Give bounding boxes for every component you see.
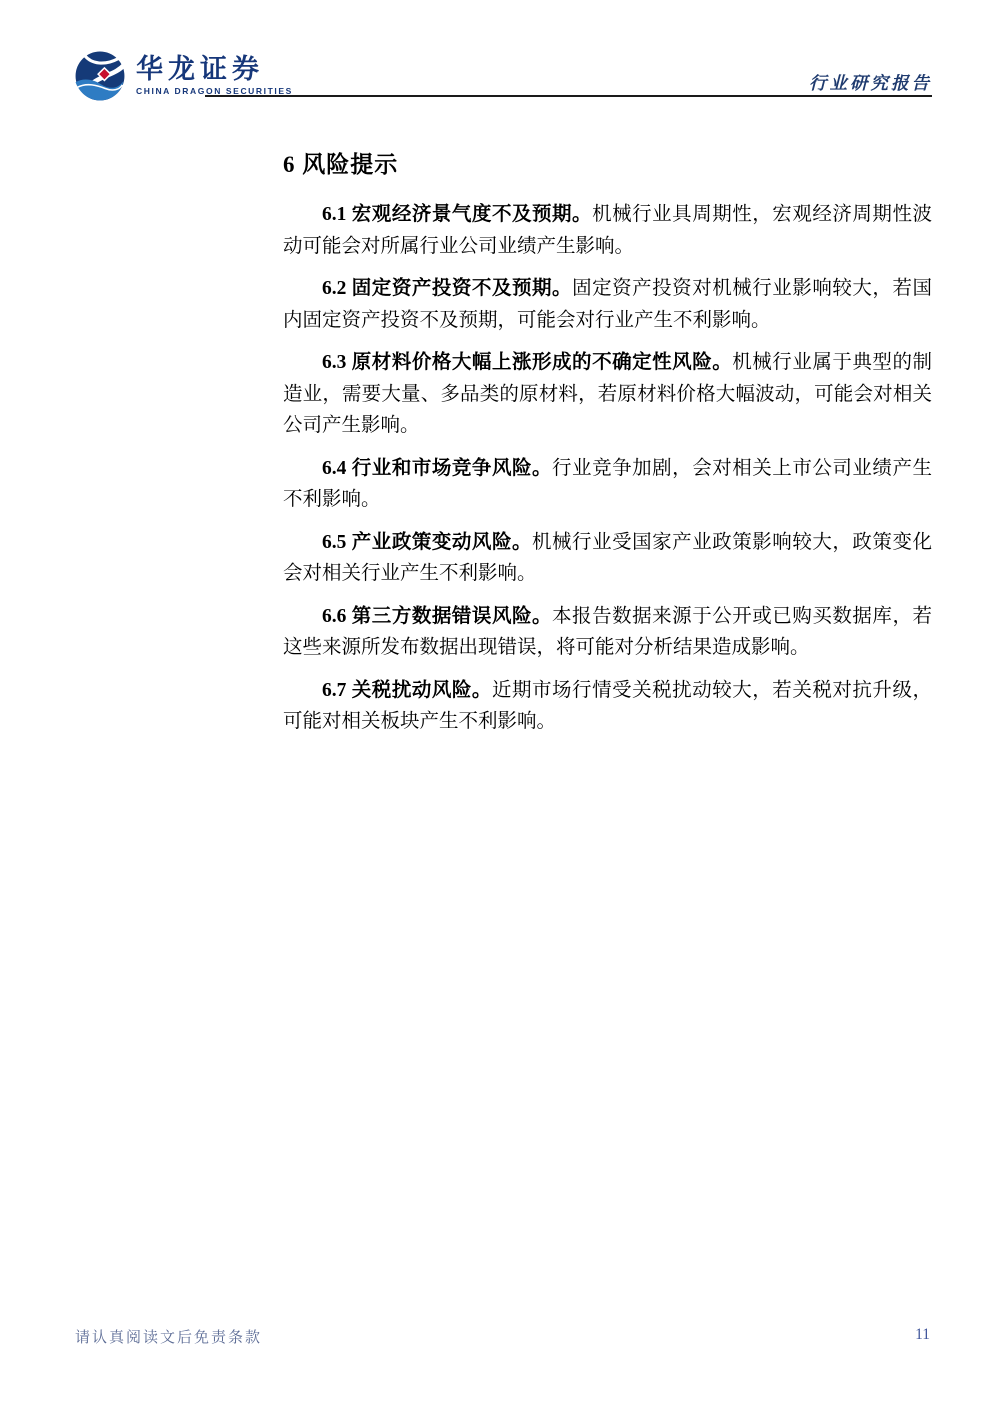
- dragon-logo-icon: [74, 50, 126, 102]
- risk-paragraph-6-7: 6.7 关税扰动风险。近期市场行情受关税扰动较大，若关税对抗升级，可能对相关板块…: [283, 675, 932, 738]
- report-body: 6 风险提示 6.1 宏观经济景气度不及预期。机械行业具周期性，宏观经济周期性波…: [283, 146, 932, 749]
- risk-lead: 6.6 第三方数据错误风险。: [322, 606, 552, 627]
- logo-company-name-cn: 华龙证券: [136, 56, 293, 83]
- risk-lead: 6.4 行业和市场竞争风险。: [322, 458, 552, 479]
- risk-lead: 6.3 原材料价格大幅上涨形成的不确定性风险。: [322, 352, 732, 373]
- header-divider: [205, 95, 932, 97]
- section-heading: 6 风险提示: [283, 146, 932, 179]
- risk-lead: 6.1 宏观经济景气度不及预期。: [322, 204, 592, 225]
- report-type-label: 行业研究报告: [809, 70, 932, 95]
- risk-paragraph-6-6: 6.6 第三方数据错误风险。本报告数据来源于公开或已购买数据库，若这些来源所发布…: [283, 601, 932, 664]
- risk-paragraph-6-2: 6.2 固定资产投资不及预期。固定资产投资对机械行业影响较大，若国内固定资产投资…: [283, 273, 932, 336]
- risk-paragraph-6-5: 6.5 产业政策变动风险。机械行业受国家产业政策影响较大，政策变化会对相关行业产…: [283, 527, 932, 590]
- risk-lead: 6.5 产业政策变动风险。: [322, 532, 532, 553]
- risk-paragraph-6-4: 6.4 行业和市场竞争风险。行业竞争加剧，会对相关上市公司业绩产生不利影响。: [283, 453, 932, 516]
- risk-paragraph-6-3: 6.3 原材料价格大幅上涨形成的不确定性风险。机械行业属于典型的制造业，需要大量…: [283, 347, 932, 442]
- logo-wordmark: 华龙证券 CHINA DRAGON SECURITIES: [136, 56, 293, 96]
- footer-disclaimer: 请认真阅读文后免责条款: [75, 1326, 262, 1347]
- risk-paragraph-6-1: 6.1 宏观经济景气度不及预期。机械行业具周期性，宏观经济周期性波动可能会对所属…: [283, 199, 932, 262]
- risk-lead: 6.7 关税扰动风险。: [322, 680, 492, 701]
- report-page: { "header": { "logo": { "name_cn": "华龙证券…: [0, 0, 1000, 1414]
- risk-lead: 6.2 固定资产投资不及预期。: [322, 278, 572, 299]
- page-number: 11: [915, 1326, 930, 1344]
